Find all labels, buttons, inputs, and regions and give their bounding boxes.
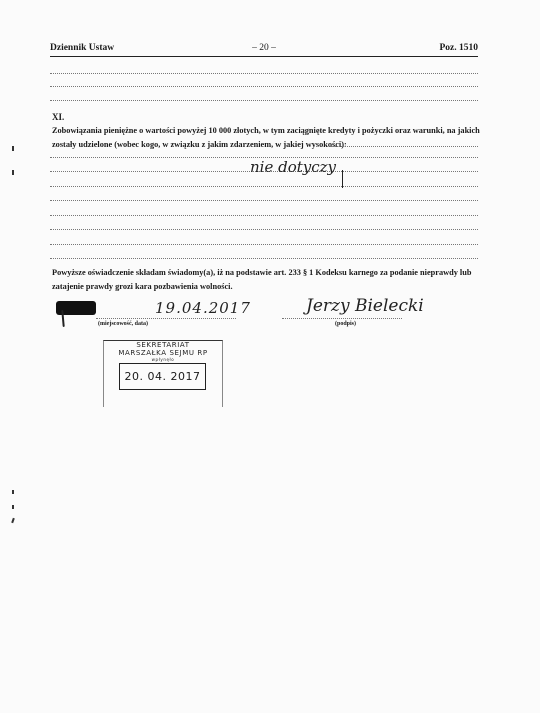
dotted-line xyxy=(50,258,478,259)
handwritten-answer: nie dotyczy xyxy=(250,158,336,176)
handwriting-stroke xyxy=(342,170,343,188)
dotted-line xyxy=(50,73,478,74)
section-number: XI. xyxy=(52,112,64,122)
dotted-line xyxy=(50,86,478,87)
scan-mark xyxy=(12,505,14,509)
place-date-line xyxy=(96,318,236,319)
page-number: – 20 – xyxy=(50,43,478,53)
dotted-line xyxy=(330,146,478,147)
dotted-line xyxy=(50,244,478,245)
stamp-line-3: wpłynęło xyxy=(104,357,222,362)
page-header: Dziennik Ustaw – 20 – Poz. 1510 xyxy=(50,43,478,57)
signature-caption: (podpis) xyxy=(335,321,356,327)
received-stamp: SEKRETARIAT MARSZAŁKA SEJMU RP wpłynęło … xyxy=(103,340,223,407)
dotted-line xyxy=(50,100,478,101)
stamp-date-box: 20. 04. 2017 xyxy=(119,363,206,390)
header-rule xyxy=(50,56,478,57)
stamp-line-2: MARSZAŁKA SEJMU RP xyxy=(104,349,222,357)
stamp-line-1: SEKRETARIAT xyxy=(104,341,222,349)
signature-line xyxy=(282,318,402,319)
handwritten-signature: Jerzy Bielecki xyxy=(306,296,424,316)
scan-mark xyxy=(12,170,14,175)
declaration-text: Powyższe oświadczenie składam świadomy(a… xyxy=(52,266,480,293)
scan-mark xyxy=(12,490,14,494)
position-number: Poz. 1510 xyxy=(439,43,478,53)
scan-mark xyxy=(11,518,15,523)
dotted-line xyxy=(50,200,478,201)
scan-mark xyxy=(12,146,14,151)
dotted-line xyxy=(50,186,478,187)
dotted-line xyxy=(50,215,478,216)
place-date-caption: (miejscowość, data) xyxy=(98,321,148,327)
dotted-line xyxy=(50,229,478,230)
handwritten-date: 19.04.2017 xyxy=(155,299,251,317)
